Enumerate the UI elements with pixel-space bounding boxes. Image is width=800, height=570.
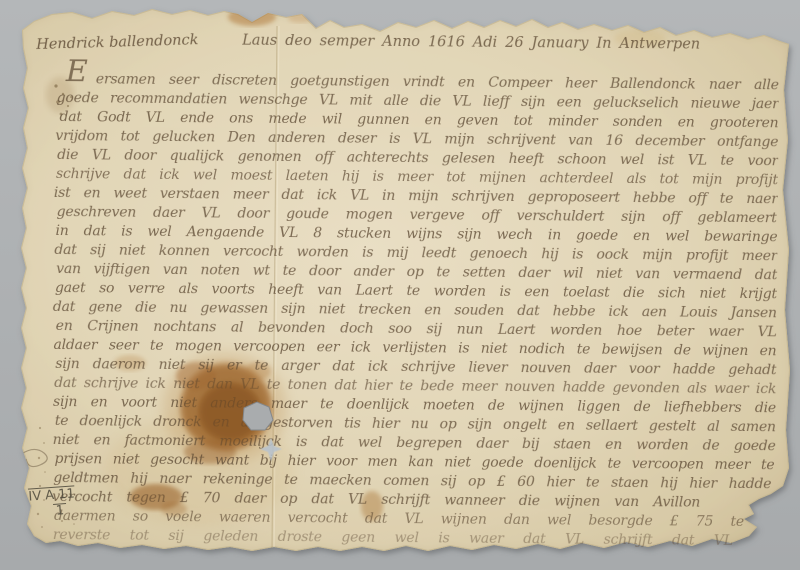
sender-name: Hendrick ballendonck: [36, 32, 199, 53]
archival-mark: IV A 11 1: [28, 487, 76, 519]
decorated-initial: E: [66, 54, 88, 89]
handwriting-layer: Hendrick ballendonck Laus deo semper Ann…: [0, 0, 800, 570]
archival-number: 1: [53, 503, 67, 518]
photo-of-manuscript: Hendrick ballendonck Laus deo semper Ann…: [0, 0, 800, 570]
dateline: Laus deo semper Anno 1616 Adi 26 January…: [242, 32, 700, 55]
archival-series: IV A 11: [28, 486, 75, 504]
